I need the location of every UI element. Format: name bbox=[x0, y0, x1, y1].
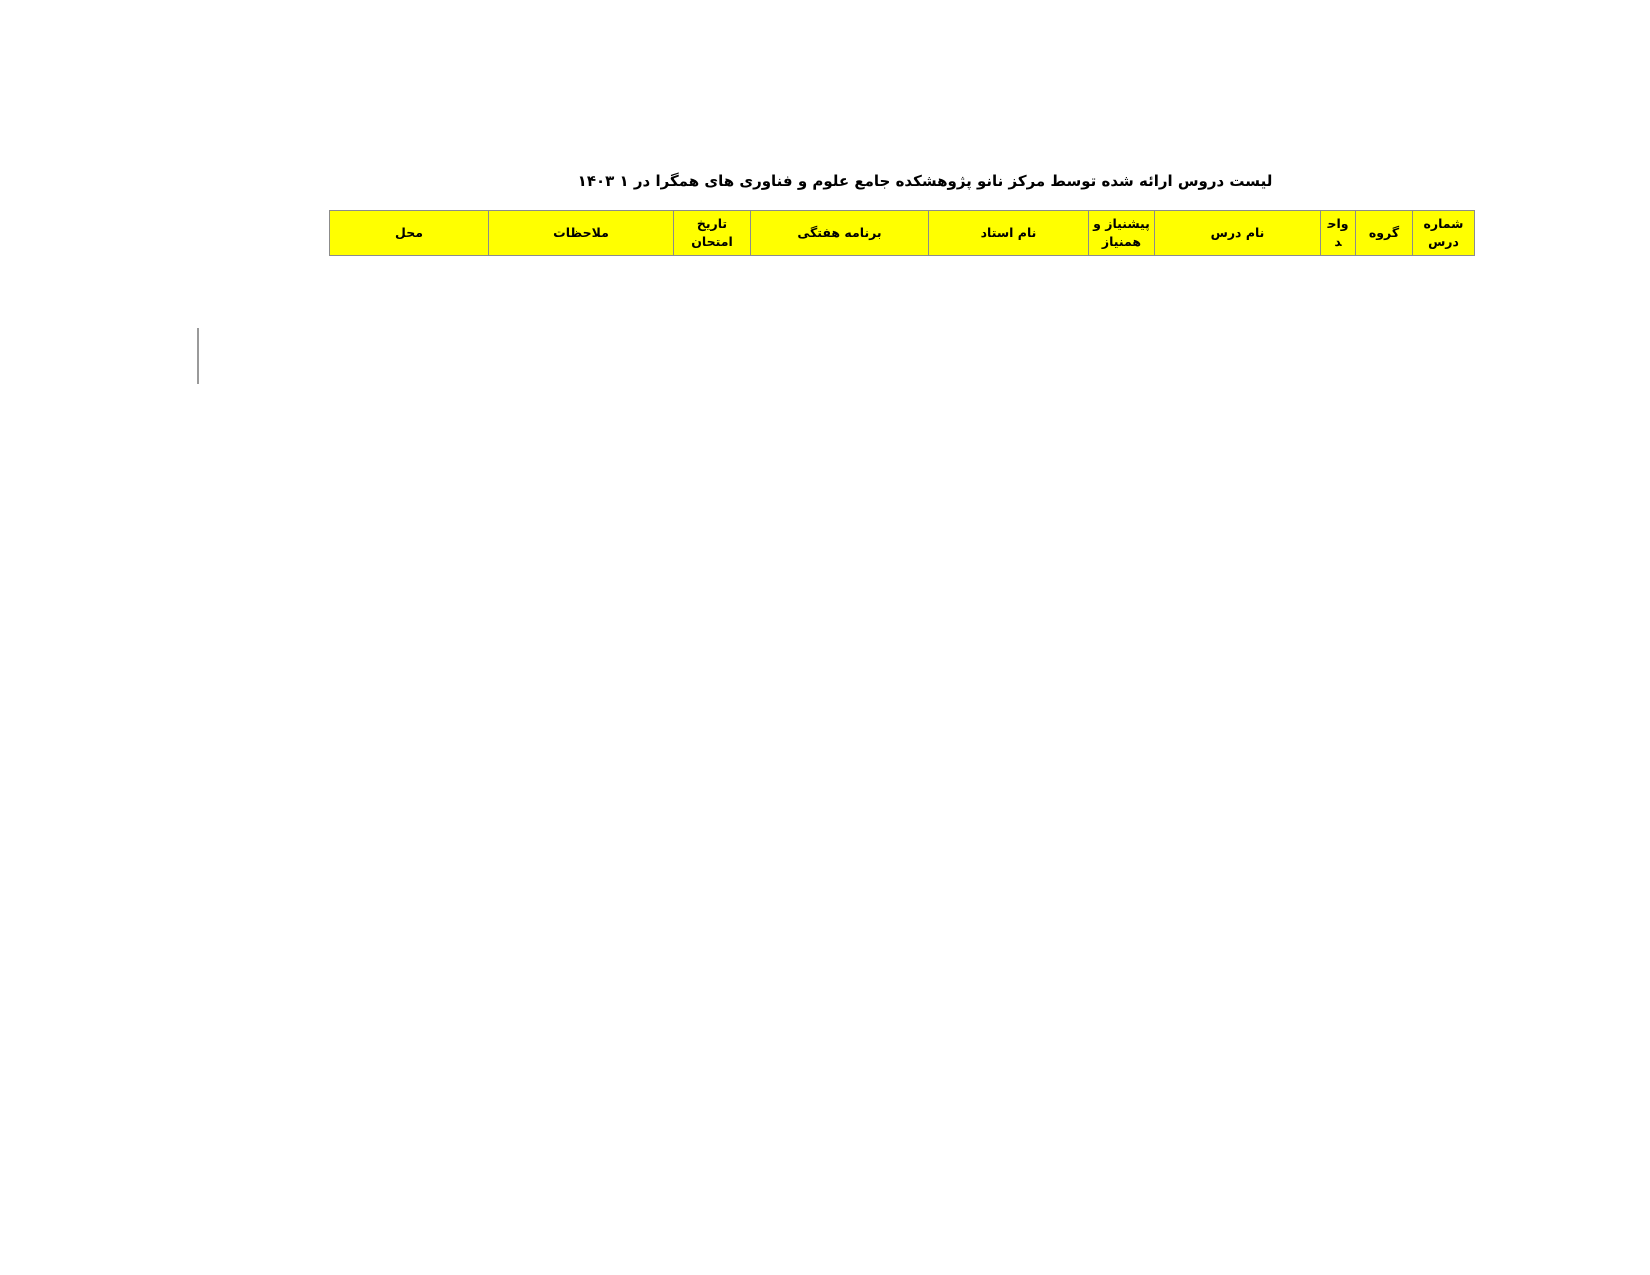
page-title: لیست دروس ارائه شده توسط مرکز نانو پژوهش… bbox=[330, 172, 1520, 190]
page-margin-line bbox=[197, 328, 199, 384]
header-notes: ملاحظات bbox=[489, 211, 674, 256]
header-units: واحد bbox=[1321, 211, 1356, 256]
header-row: شماره درس گروه واحد نام درس پیشنیاز و هم… bbox=[330, 211, 1475, 256]
header-prerequisite: پیشنیاز و همنیاز bbox=[1089, 211, 1155, 256]
courses-table-container: شماره درس گروه واحد نام درس پیشنیاز و هم… bbox=[330, 210, 1475, 256]
header-location: محل bbox=[330, 211, 489, 256]
header-professor: نام استاد bbox=[929, 211, 1089, 256]
header-group: گروه bbox=[1356, 211, 1413, 256]
header-course-name: نام درس bbox=[1155, 211, 1321, 256]
document-page: { "page": { "title": "لیست دروس ارائه شد… bbox=[0, 0, 1650, 1275]
courses-table: شماره درس گروه واحد نام درس پیشنیاز و هم… bbox=[329, 210, 1475, 256]
header-weekly-schedule: برنامه هفتگی bbox=[751, 211, 929, 256]
header-exam-date: تاریخ امتحان bbox=[674, 211, 751, 256]
header-course-number: شماره درس bbox=[1413, 211, 1475, 256]
